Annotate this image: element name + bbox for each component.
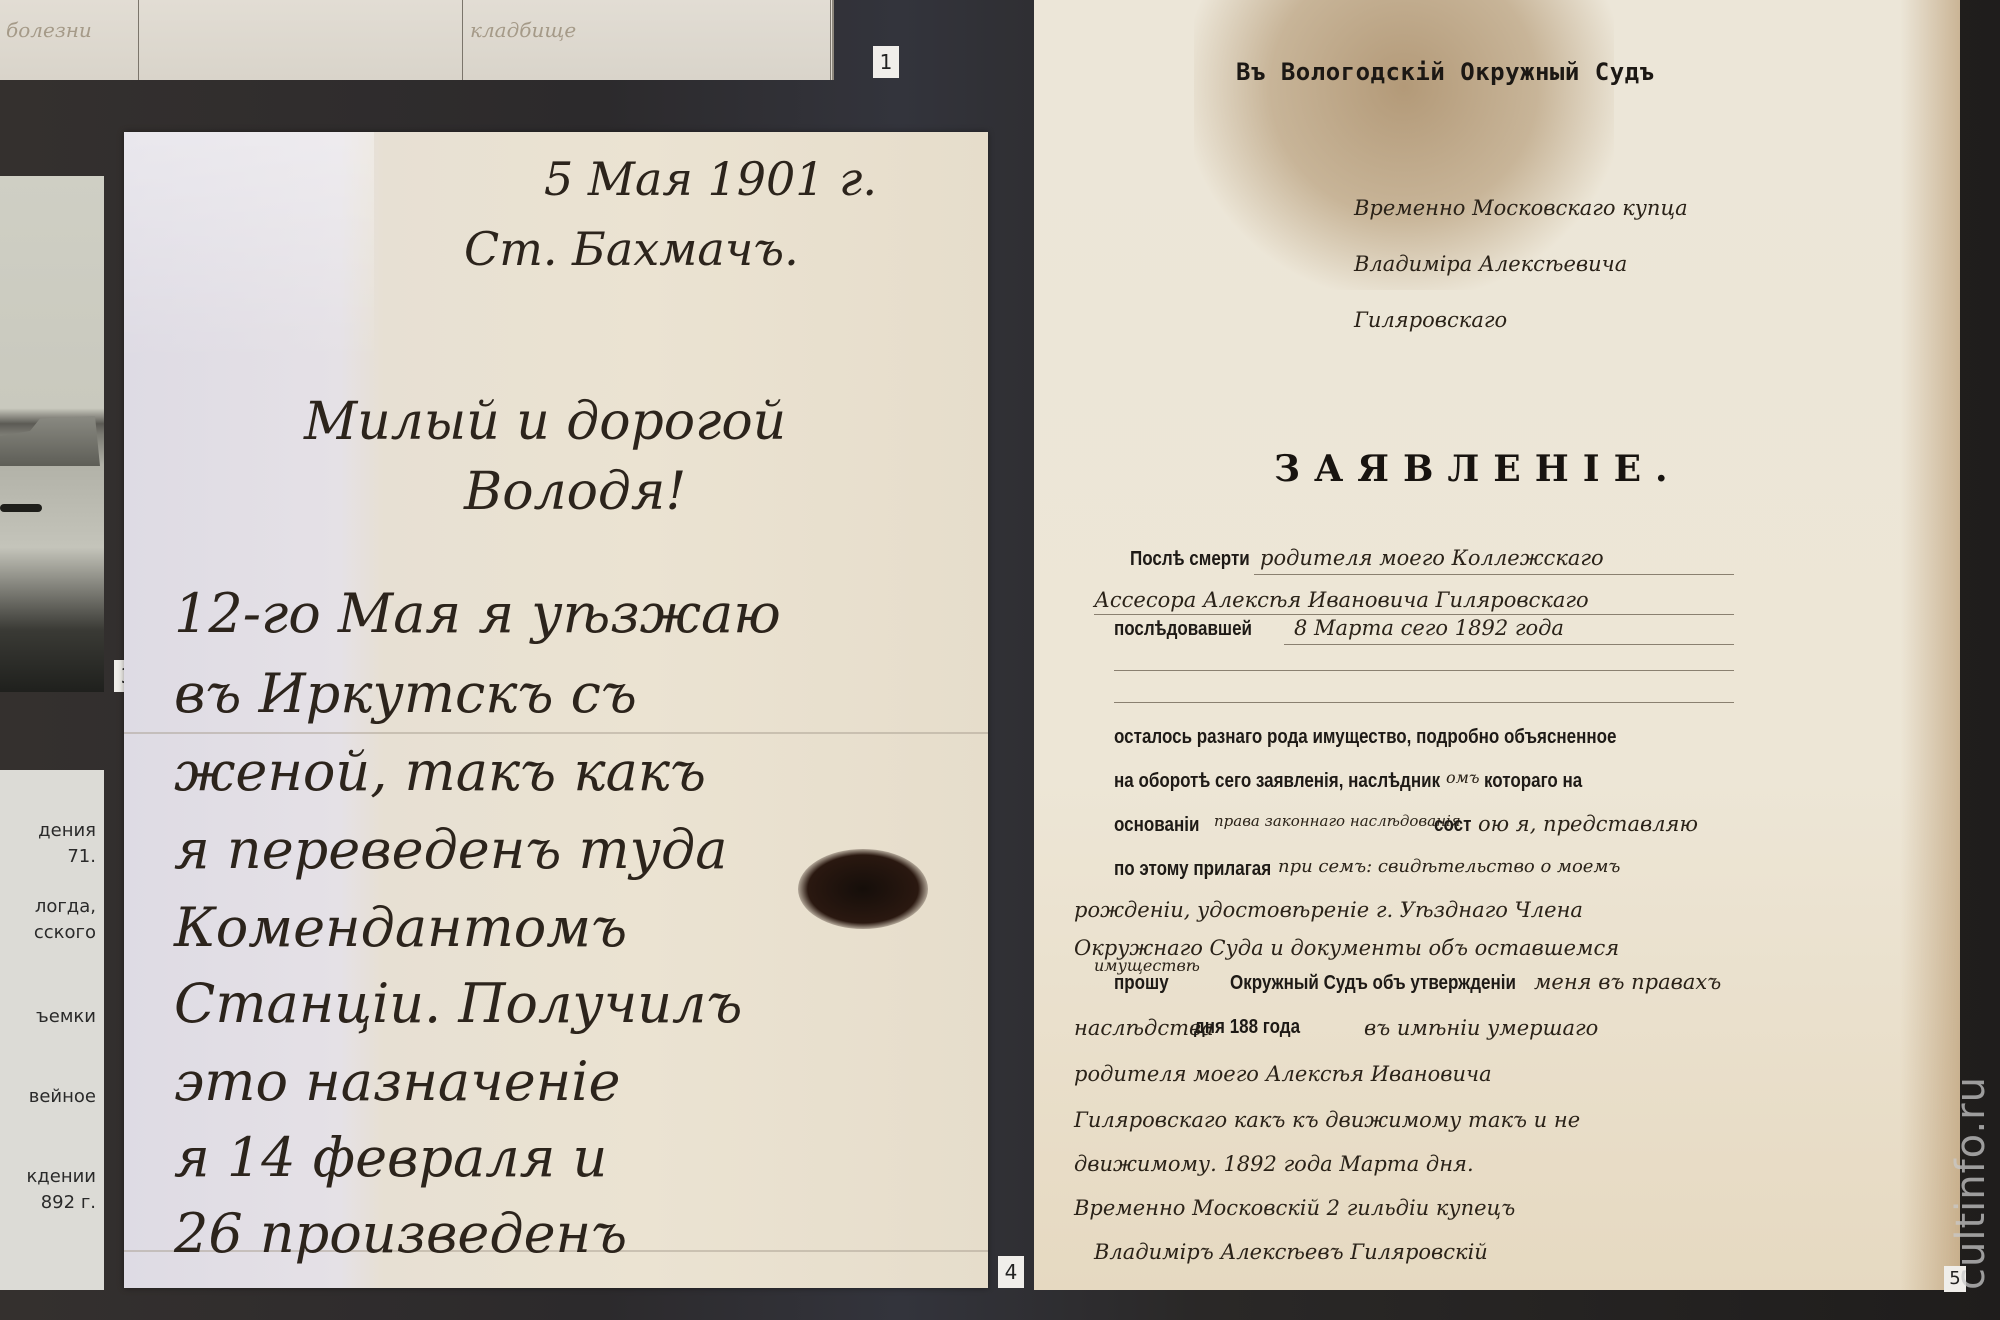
caption-line: ъемки: [36, 1006, 96, 1027]
caption-line: логда,: [35, 896, 96, 917]
letter-line: это назначеніе: [174, 1050, 620, 1113]
caption-line: 892 г.: [41, 1192, 96, 1213]
top-document: болезни кладбище: [0, 0, 834, 80]
letter-line: Станціи. Получилъ: [174, 972, 742, 1035]
handwritten-fill: 8 Марта сего 1892 года: [1294, 616, 1564, 640]
table-rule: [462, 0, 463, 80]
letter-line: 12-го Мая я уѣзжаю: [174, 582, 781, 645]
handwritten-fill: меня въ правахъ: [1534, 970, 1721, 994]
handwritten-fill: рожденіи, удостовѣреніе г. Уѣзднаго Член…: [1074, 898, 1583, 922]
letter-line: Комендантомъ: [174, 896, 627, 959]
caption-line: 71.: [67, 846, 96, 867]
letter-line: женой, такъ какъ: [174, 740, 706, 803]
caption-line: кдении: [26, 1166, 96, 1187]
handwriting: кладбище: [470, 18, 576, 42]
addressee-line: Гиляровскаго: [1354, 308, 1507, 332]
caption-line: дения: [38, 820, 96, 841]
letter-line: я 14 февраля и: [174, 1126, 607, 1189]
historic-photo: [0, 176, 104, 692]
handwritten-fill: ою я, представляю: [1478, 812, 1698, 836]
caption-line: сского: [34, 922, 96, 943]
printed-text: дня 188 года: [1194, 1016, 1300, 1039]
site-watermark: cultinfo.ru: [1948, 1076, 1994, 1290]
ink-blot: [798, 849, 928, 929]
table-rule: [830, 0, 831, 80]
printed-text: основаніи: [1114, 814, 1199, 837]
form-title: ЗАЯВЛЕНІЕ.: [1274, 448, 1682, 490]
handwritten-fill: права законнаго наслѣдованія: [1214, 812, 1461, 830]
letter-line: 26 произведенъ: [174, 1202, 627, 1265]
addressee-line: Временно Московскаго купца: [1354, 196, 1688, 220]
table-rule: [138, 0, 139, 80]
handwritten-fill: родителя моего Коллежскаго: [1260, 546, 1604, 570]
handwriting: болезни: [6, 18, 92, 42]
printed-text: сост: [1434, 814, 1471, 837]
printed-text: прошу: [1114, 972, 1169, 995]
handwritten-fill: родителя моего Алексѣя Ивановича: [1074, 1062, 1492, 1086]
printed-text: послѣдовавшей: [1114, 618, 1252, 641]
item-tag-4: 4: [998, 1256, 1024, 1288]
item-tag-1: 1: [873, 46, 899, 78]
caption-line: вейное: [29, 1086, 96, 1107]
letter-greeting-name: Володя!: [464, 462, 686, 522]
addressee-line: Владиміра Алексѣевича: [1354, 252, 1627, 276]
photo-buildings: [0, 416, 100, 466]
printed-text: котораго на: [1484, 770, 1582, 793]
signature-line: Владиміръ Алексѣевъ Гиляровскій: [1094, 1240, 1488, 1264]
printed-text: на оборотѣ сего заявленія, наслѣдник: [1114, 770, 1440, 793]
letter-line: я переведенъ туда: [174, 818, 727, 881]
signature-line: Временно Московскій 2 гильдіи купецъ: [1074, 1196, 1515, 1220]
photo-boat: [0, 504, 42, 512]
water-stain: [1194, 0, 1614, 290]
handwritten-fill: движимому. 1892 года Марта дня.: [1074, 1152, 1474, 1176]
letter-place: Ст. Бахмачъ.: [464, 222, 799, 276]
letter-greeting: Милый и дорогой: [304, 392, 786, 452]
handwritten-fill: наслѣдства: [1074, 1016, 1214, 1040]
letter-line: въ Иркутскъ съ: [174, 662, 637, 725]
handwritten-fill: Гиляровскаго какъ къ движимому такъ и не: [1074, 1108, 1580, 1132]
handwritten-letter: 5 Мая 1901 г. Ст. Бахмачъ. Милый и дорог…: [124, 132, 988, 1288]
printed-text: осталось разнаго рода имущество, подробн…: [1114, 726, 1617, 749]
paper-fold: [124, 732, 988, 734]
handwritten-fill: въ имѣніи умершаго: [1364, 1016, 1598, 1040]
handwritten-fill: Ассесора Алексѣя Ивановича Гиляровскаго: [1094, 588, 1589, 612]
form-heading: Въ Вологодскій Окружный Судъ: [1236, 58, 1655, 86]
light-glare: [124, 132, 374, 362]
handwritten-fill: омъ: [1446, 768, 1480, 787]
printed-text: Окружный Судъ объ утвержденіи: [1230, 972, 1516, 995]
printed-court-form: Въ Вологодскій Окружный Судъ Временно Мо…: [1034, 0, 1960, 1290]
caption-card: дения 71. логда, сского ъемки вейное кде…: [0, 770, 104, 1290]
handwritten-fill: при семъ: свидѣтельство о моемъ: [1278, 856, 1620, 877]
letter-date: 5 Мая 1901 г.: [544, 152, 877, 206]
printed-text: Послѣ смерти: [1130, 548, 1250, 571]
printed-text: по этому прилагая: [1114, 858, 1271, 881]
